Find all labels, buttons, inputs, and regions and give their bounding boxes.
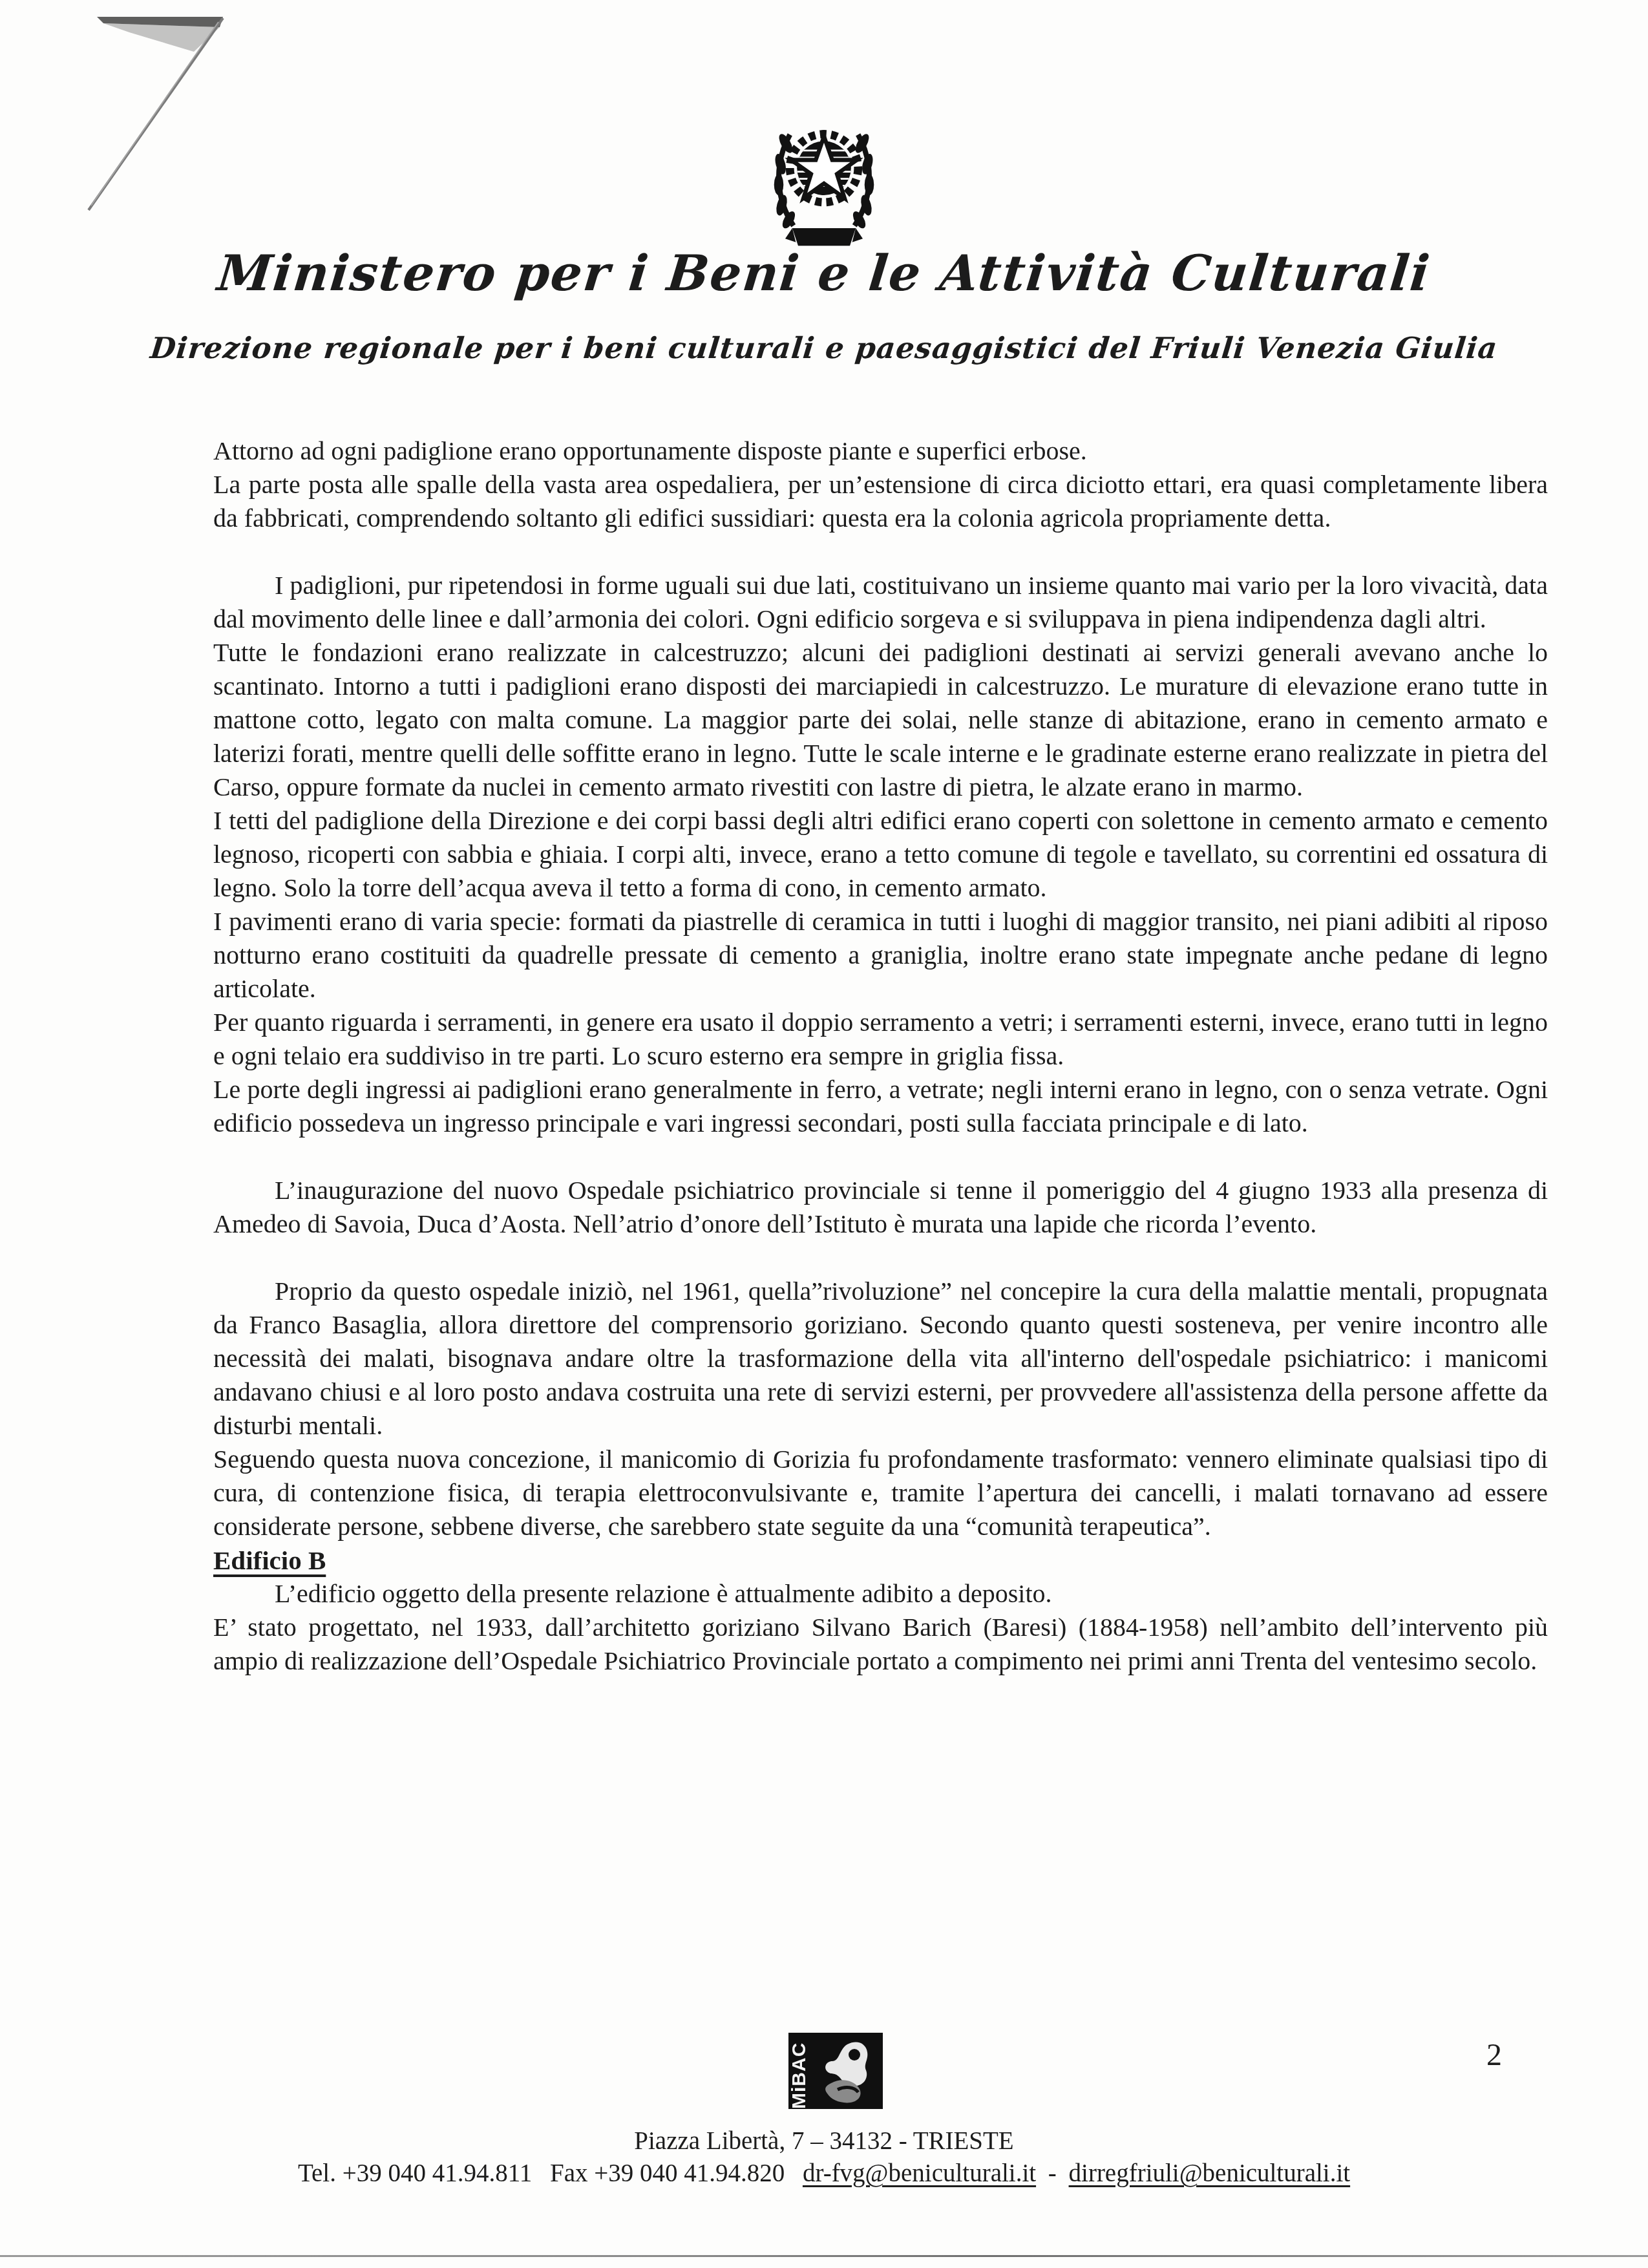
document-body: Attorno ad ogni padiglione erano opportu… bbox=[213, 434, 1548, 1678]
body-paragraph: Per quanto riguarda i serramenti, in gen… bbox=[213, 1006, 1548, 1073]
footer-email-separator: - bbox=[1048, 2159, 1057, 2187]
body-paragraph: Attorno ad ogni padiglione erano opportu… bbox=[213, 434, 1548, 468]
mibac-logo-artwork bbox=[812, 2033, 883, 2109]
section-paragraph: E’ stato progettato, nel 1933, dall’arch… bbox=[213, 1611, 1548, 1678]
body-paragraph: L’inaugurazione del nuovo Ospedale psich… bbox=[213, 1174, 1548, 1241]
footer-address: Piazza Libertà, 7 – 34132 - TRIESTE bbox=[0, 2125, 1648, 2157]
footer-fax: Fax +39 040 41.94.820 bbox=[550, 2159, 785, 2187]
body-paragraph: La parte posta alle spalle della vasta a… bbox=[213, 468, 1548, 535]
footer-email-drfvg-link[interactable]: dr-fvg@beniculturali.it bbox=[803, 2159, 1036, 2187]
italian-republic-emblem-icon bbox=[759, 102, 889, 249]
scan-bottom-edge-artifact bbox=[0, 2255, 1648, 2257]
footer-email-dirregfriuli-link[interactable]: dirregfriuli@beniculturali.it bbox=[1069, 2159, 1351, 2187]
ministry-title: Ministero per i Beni e le Attività Cultu… bbox=[0, 244, 1648, 302]
page-number: 2 bbox=[1486, 2037, 1502, 2073]
footer-tel: Tel. +39 040 41.94.811 bbox=[298, 2159, 532, 2187]
mibac-logo: MiBAC bbox=[788, 2033, 883, 2109]
body-paragraph: Le porte degli ingressi ai padiglioni er… bbox=[213, 1073, 1548, 1140]
mibac-logo-text: MiBAC bbox=[788, 2033, 812, 2109]
directorate-subtitle: Direzione regionale per i beni culturali… bbox=[0, 331, 1648, 365]
body-paragraph: I padiglioni, pur ripetendosi in forme u… bbox=[213, 569, 1548, 636]
footer: Piazza Libertà, 7 – 34132 - TRIESTE Tel.… bbox=[0, 2125, 1648, 2190]
body-paragraph: Proprio da questo ospedale iniziò, nel 1… bbox=[213, 1275, 1548, 1443]
section-heading-edificio-b: Edificio B bbox=[213, 1543, 1548, 1577]
section-paragraph: L’edificio oggetto della presente relazi… bbox=[213, 1577, 1548, 1611]
body-paragraph: Tutte le fondazioni erano realizzate in … bbox=[213, 636, 1548, 804]
scanned-document-page: Ministero per i Beni e le Attività Cultu… bbox=[0, 0, 1648, 2268]
body-paragraph: I pavimenti erano di varia specie: forma… bbox=[213, 905, 1548, 1006]
footer-contact-line: Tel. +39 040 41.94.811 Fax +39 040 41.94… bbox=[0, 2157, 1648, 2190]
body-paragraph: Seguendo questa nuova concezione, il man… bbox=[213, 1443, 1548, 1543]
body-paragraph: I tetti del padiglione della Direzione e… bbox=[213, 804, 1548, 905]
scan-corner-artifact bbox=[0, 0, 323, 259]
